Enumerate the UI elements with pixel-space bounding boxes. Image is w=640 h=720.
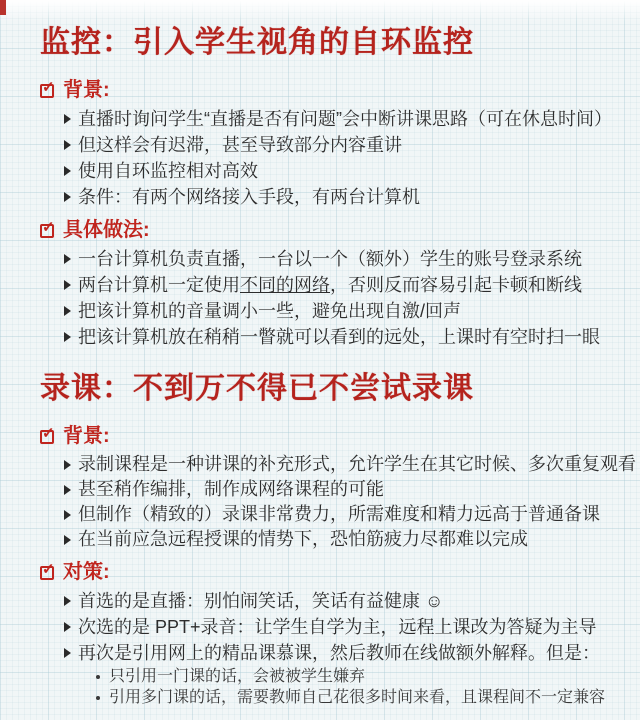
- sub-list-item: 引用多门课的话，需要教师自己花很多时间来看，且课程间不一定兼容: [96, 687, 622, 708]
- check-icon: ✓: [42, 80, 55, 95]
- triangle-bullet-icon: [64, 114, 71, 124]
- section-recording: 录课：不到万不得已不尝试录课 ✓ 背景: 录制课程是一种讲课的补充形式，允许学生…: [40, 372, 622, 708]
- underlined-text: 不同的网络: [240, 275, 330, 295]
- triangle-bullet-icon: [64, 306, 71, 316]
- list-item: 甚至稍作编排，制作成网络课程的可能: [64, 477, 622, 502]
- triangle-bullet-icon: [64, 510, 71, 520]
- block-heading-label: 背景:: [63, 424, 110, 449]
- bullet-list: 直播时询问学生“直播是否有问题”会中断讲课思路（可在休息时间） 但这样会有迟滞，…: [40, 106, 622, 210]
- dot-bullet-icon: [96, 675, 100, 679]
- checked-checkbox-icon: ✓: [40, 566, 54, 580]
- sub-list-item: 只引用一门课的话，会被被学生嫌弃: [96, 666, 622, 687]
- block-heading: ✓ 具体做法:: [40, 218, 622, 243]
- triangle-bullet-icon: [64, 460, 71, 470]
- page-title: 录课：不到万不得已不尝试录课: [40, 372, 622, 406]
- list-item: 录制课程是一种讲课的补充形式，允许学生在其它时候、多次重复观看: [64, 452, 622, 477]
- triangle-bullet-icon: [64, 648, 71, 658]
- triangle-bullet-icon: [64, 535, 71, 545]
- checked-checkbox-icon: ✓: [40, 84, 54, 98]
- list-item: 但这样会有迟滞，甚至导致部分内容重讲: [64, 132, 622, 158]
- triangle-bullet-icon: [64, 140, 71, 150]
- block-heading: ✓ 对策:: [40, 560, 622, 585]
- list-item: 首选的是直播：别怕闹笑话，笑话有益健康 ☺: [64, 588, 622, 614]
- checked-checkbox-icon: ✓: [40, 224, 54, 238]
- section-monitoring: 监控：引入学生视角的自环监控 ✓ 背景: 直播时询问学生“直播是否有问题”会中断…: [40, 26, 622, 350]
- triangle-bullet-icon: [64, 332, 71, 342]
- block-heading: ✓ 背景:: [40, 78, 622, 103]
- bullet-list: 录制课程是一种讲课的补充形式，允许学生在其它时候、多次重复观看 甚至稍作编排，制…: [40, 452, 622, 552]
- notes-page: 监控：引入学生视角的自环监控 ✓ 背景: 直播时询问学生“直播是否有问题”会中断…: [0, 0, 640, 720]
- block-countermeasures: ✓ 对策: 首选的是直播：别怕闹笑话，笑话有益健康 ☺ 次选的是 PPT+录音：…: [40, 560, 622, 708]
- triangle-bullet-icon: [64, 254, 71, 264]
- sub-bullet-list: 只引用一门课的话，会被被学生嫌弃 引用多门课的话，需要教师自己花很多时间来看，且…: [64, 666, 622, 708]
- block-background: ✓ 背景: 直播时询问学生“直播是否有问题”会中断讲课思路（可在休息时间） 但这…: [40, 78, 622, 210]
- dot-bullet-icon: [96, 696, 100, 700]
- list-item: 把该计算机的音量调小一些，避免出现自激/回声: [64, 298, 622, 324]
- triangle-bullet-icon: [64, 485, 71, 495]
- triangle-bullet-icon: [64, 192, 71, 202]
- block-background: ✓ 背景: 录制课程是一种讲课的补充形式，允许学生在其它时候、多次重复观看 甚至…: [40, 424, 622, 552]
- checked-checkbox-icon: ✓: [40, 430, 54, 444]
- red-corner-mark: [0, 0, 6, 15]
- check-icon: ✓: [42, 562, 55, 577]
- list-item: 但制作（精致的）录课非常费力，所需难度和精力远高于普通备课: [64, 502, 622, 527]
- triangle-bullet-icon: [64, 166, 71, 176]
- block-heading-label: 背景:: [63, 78, 110, 103]
- block-method: ✓ 具体做法: 一台计算机负责直播，一台以一个（额外）学生的账号登录系统 两台计…: [40, 218, 622, 350]
- bullet-list: 首选的是直播：别怕闹笑话，笑话有益健康 ☺ 次选的是 PPT+录音：让学生自学为…: [40, 588, 622, 708]
- triangle-bullet-icon: [64, 622, 71, 632]
- list-item: 次选的是 PPT+录音：让学生自学为主，远程上课改为答疑为主导: [64, 614, 622, 640]
- triangle-bullet-icon: [64, 596, 71, 606]
- check-icon: ✓: [42, 220, 55, 235]
- block-heading-label: 对策:: [63, 560, 110, 585]
- list-item: 使用自环监控相对高效: [64, 158, 622, 184]
- list-item: 两台计算机一定使用不同的网络，否则反而容易引起卡顿和断线: [64, 272, 622, 298]
- bullet-list: 一台计算机负责直播，一台以一个（额外）学生的账号登录系统 两台计算机一定使用不同…: [40, 246, 622, 350]
- list-item: 再次是引用网上的精品课慕课，然后教师在线做额外解释。但是： 只引用一门课的话，会…: [64, 640, 622, 708]
- list-item: 在当前应急远程授课的情势下，恐怕筋疲力尽都难以完成: [64, 527, 622, 552]
- list-item: 一台计算机负责直播，一台以一个（额外）学生的账号登录系统: [64, 246, 622, 272]
- check-icon: ✓: [42, 426, 55, 441]
- triangle-bullet-icon: [64, 280, 71, 290]
- page-title: 监控：引入学生视角的自环监控: [40, 26, 622, 60]
- block-heading: ✓ 背景:: [40, 424, 622, 449]
- list-item: 把该计算机放在稍稍一瞥就可以看到的远处，上课时有空时扫一眼: [64, 324, 622, 350]
- block-heading-label: 具体做法:: [63, 218, 150, 243]
- list-item: 条件：有两个网络接入手段，有两台计算机: [64, 184, 622, 210]
- list-item: 直播时询问学生“直播是否有问题”会中断讲课思路（可在休息时间）: [64, 106, 622, 132]
